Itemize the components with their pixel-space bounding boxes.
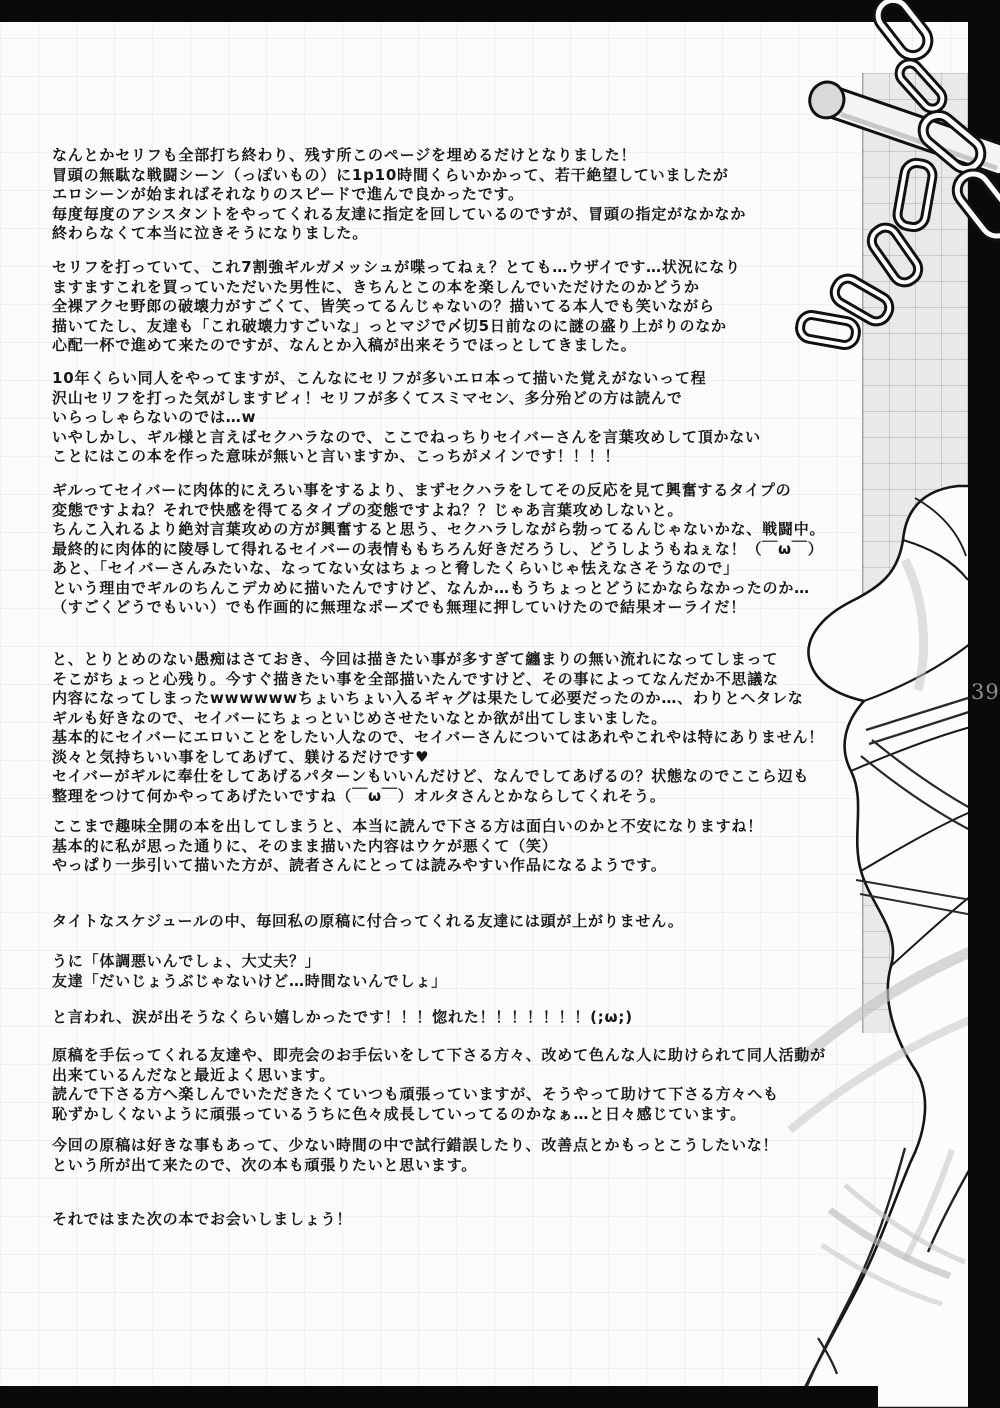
afterword-paragraph: 原稿を手伝ってくれる友達や、即売会のお手伝いをして下さる方々、改めて色んな人に助…	[52, 1046, 882, 1124]
afterword-paragraph: 今回の原稿は好きな事もあって、少ない時間の中で試行錯誤したり、改善点とかもっとこ…	[52, 1136, 882, 1175]
afterword-paragraph: ギルってセイバーに肉体的にえろい事をするより、まずセクハラをしてその反応を見て興…	[52, 481, 882, 618]
afterword-dialogue: うに「体調悪いんでしょ、大丈夫？」 友達「だいじょうぶじゃないけど…時間ないんで…	[52, 952, 882, 991]
afterword-paragraph: セリフを打っていて、これ7割強ギルガメッシュが喋ってねぇ？とても…ウザイです…状…	[52, 258, 882, 356]
afterword-closing: それではまた次の本でお会いしましょう！	[52, 1210, 882, 1230]
afterword-paragraph: ここまで趣味全開の本を出してしまうと、本当に読んで下さる方は面白いのかと不安にな…	[52, 817, 882, 876]
afterword-paragraph: と言われ、涙が出そうなくらい嬉しかったです！！！惚れた！！！！！！！(;ω;)	[52, 1008, 882, 1028]
afterword-paragraph: タイトなスケジュールの中、毎回私の原稿に付合ってくれる友達には頭が上がりません。	[52, 912, 882, 932]
afterword-paragraph: なんとかセリフも全部打ち終わり、残す所このページを埋めるだけとなりました！ 冒頭…	[52, 146, 882, 244]
afterword-paragraph: 10年くらい同人をやってますが、こんなにセリフが多いエロ本って描いた覚えがないっ…	[52, 369, 882, 467]
afterword-text: なんとかセリフも全部打ち終わり、残す所このページを埋めるだけとなりました！ 冒頭…	[0, 0, 1000, 1408]
afterword-paragraph: と、とりとめのない愚痴はさておき、今回は描きたい事が多すぎて纏まりの無い流れにな…	[52, 650, 882, 806]
